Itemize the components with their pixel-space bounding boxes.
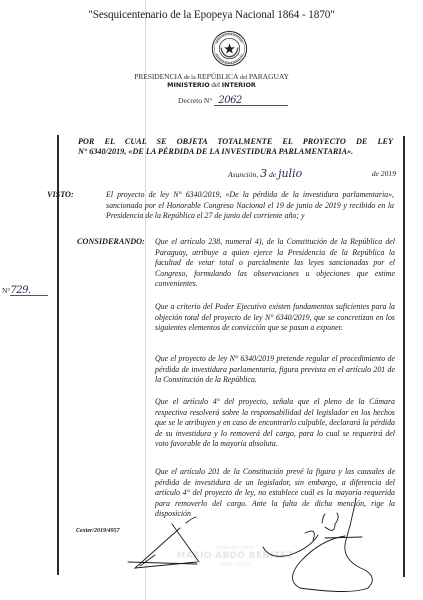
considerando-paragraph: Que el artículo 201 de la Constitución p…: [155, 467, 395, 520]
ministerio-word: MINISTERIO: [167, 81, 210, 89]
considerando-label: CONSIDERANDO:: [77, 237, 145, 246]
decree-number-handwritten: 2062: [214, 96, 288, 106]
registry-number-handwritten: 729.: [10, 286, 48, 296]
title-line-2: N° 6340/2019, «DE LA PÉRDIDA DE LA INVES…: [78, 147, 353, 156]
visto-label: VISTO:: [47, 190, 74, 199]
connector-word: del: [238, 74, 249, 81]
left-margin-rule: [57, 135, 59, 575]
republica-word: REPÚBLICA: [197, 72, 238, 81]
presidencia-word: PRESIDENCIA: [134, 72, 182, 81]
coat-of-arms-seal-icon: [211, 30, 248, 67]
connector-word: de la: [182, 74, 197, 81]
right-margin-rule: [403, 136, 405, 577]
presidencia-heading: PRESIDENCIA de la REPÚBLICA del PARAGUAY: [0, 72, 423, 81]
considerando-paragraph: Que a criterio del Poder Ejecutivo exist…: [155, 302, 395, 334]
date-city: Asunción,: [228, 170, 258, 179]
connector-word: del: [210, 81, 222, 89]
considerando-paragraph: Que el artículo 238, numeral 4), de la C…: [155, 237, 395, 290]
paper-fold-line: [145, 0, 146, 600]
title-line-1: POR EL CUAL SE OBJETA TOTALMENTE EL PROY…: [78, 137, 393, 147]
faint-official-stamp: Poder Ejecutivo MARIO ABDO BENITEZ 2018 …: [150, 545, 320, 568]
date-connector: de: [269, 170, 276, 179]
visto-text: El proyecto de ley N° 6340/2019, «De la …: [106, 190, 394, 222]
decree-label: Decreto N°: [178, 96, 212, 105]
registry-label: N°: [2, 286, 10, 295]
reference-code: Cexter/2019/4957: [76, 528, 120, 534]
ministerio-heading: MINISTERIO del INTERIOR: [0, 81, 423, 89]
margin-registry-number: N°729.: [2, 286, 48, 296]
header-motto: "Sesquicentenario de la Epopeya Nacional…: [0, 9, 423, 21]
interior-word: INTERIOR: [222, 81, 256, 89]
decree-number-line: Decreto N° 2062: [178, 96, 288, 106]
date-month-handwritten: julio: [278, 167, 302, 180]
date-year: de 2019: [372, 169, 396, 178]
decree-title: POR EL CUAL SE OBJETA TOTALMENTE EL PROY…: [78, 137, 393, 157]
considerando-paragraph: Que el artículo 4° del proyecto, señala …: [155, 397, 395, 450]
stamp-line-3: 2018 - 2023: [150, 561, 320, 568]
considerando-paragraph: Que el proyecto de ley N° 6340/2019 pret…: [155, 354, 395, 386]
paraguay-word: PARAGUAY: [249, 72, 289, 81]
date-day-handwritten: 3: [260, 167, 267, 180]
decree-date: Asunción, 3 de julio de 2019: [228, 167, 396, 180]
stamp-line-2: MARIO ABDO BENITEZ: [150, 551, 320, 561]
